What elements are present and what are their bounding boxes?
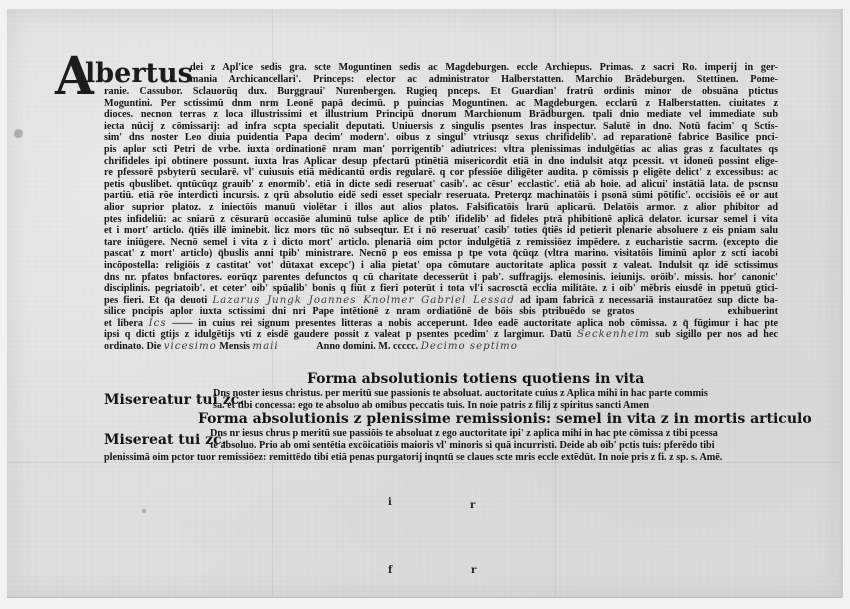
body-line: chrifideles ipi obtinere possunt. iuxta …	[104, 156, 778, 168]
body-line-with-handwriting: ordinato. Die vicesimo Mensis maii Anno …	[104, 341, 778, 353]
body-line: et i mort' articlo. q̄tiēs illē iminebit…	[104, 225, 778, 237]
seal-hole-mark: f	[388, 565, 392, 576]
form-line: Dns nr iesus chrus p meritū sue passiōis…	[210, 428, 718, 440]
seal-hole-mark: r	[471, 565, 476, 576]
handwritten-recipient: Ics	[149, 318, 167, 329]
header-line: mania Archicancellari'. Princeps: electo…	[190, 74, 778, 86]
body-line: alior suprior platoz. z iniectōis manuū …	[104, 202, 778, 214]
body-line-with-handwriting: ipsi q dicti gtijs z idulgētijs vti z ei…	[104, 329, 778, 341]
form-line: Dns noster iesus christus. per meritū su…	[213, 388, 708, 400]
form-heading: Forma absolutionis z plenissime remissio…	[198, 411, 812, 427]
stain-mark	[14, 129, 23, 138]
form-line: plenissimā oim pctor tuor remissiōez: re…	[104, 452, 722, 464]
body-line: ranie. Cassubor. Sclauorūq dux. Burggrau…	[104, 86, 778, 98]
body-line: dioces. necnon terras z loca illustrissi…	[104, 109, 778, 121]
header-lines: dei z Apl'ice sedis gra. scte Moguntinen…	[190, 62, 778, 86]
header-line: dei z Apl'ice sedis gra. scte Moguntinen…	[190, 62, 778, 74]
body-line: pis aplor scti Petri de vrbe. iuxta ordi…	[104, 144, 778, 156]
body-line-with-handwriting: pes fieri. Et q̄a deuoti [manuscript] ad…	[104, 295, 778, 307]
body-line: ptes infideliū: ac sniarū z cēsurarū occ…	[104, 214, 778, 226]
body-line: iecta nūcij z cōmissarij: ad infra scpta…	[104, 121, 778, 133]
handwritten-month: maii	[252, 341, 278, 352]
body-line: partiū. etiā rōe interdicti incursis. z …	[104, 190, 778, 202]
body-line-with-handwriting: et libera Ics —— in cuius rei signum pre…	[104, 318, 778, 330]
body-line: sim' dns noster Leo diuia puidentia Papa…	[104, 132, 778, 144]
form-line: sa. et tibi concessa: ego te absoluo ab …	[213, 400, 649, 412]
opening-word: lbertus	[85, 60, 193, 87]
body-line: dns nr. pfatos bnfactores. eorūqz parent…	[104, 272, 778, 284]
seal-hole-mark: r	[470, 500, 475, 511]
handwritten-day: vicesimo	[164, 341, 217, 352]
handwritten-year: Decimo septimo	[421, 341, 518, 352]
form-heading: Forma absolutionis totiens quotiens in v…	[307, 371, 644, 387]
body-line: disciplinis. pegriatoib'. et ceter' oib'…	[104, 283, 778, 295]
handwritten-place: Seckenheim	[577, 329, 650, 340]
body-line-with-handwriting: silice pncipis aplor iuxta sctissimi dni…	[104, 306, 778, 318]
handwritten-donor-names: Lazarus Jungk Joannes Knolmer Gabriel Le…	[212, 295, 515, 306]
body-line: tare iniūgere. Necnō semel i vita z i di…	[104, 237, 778, 249]
body-line: re pfessorē psbyterū secularē. vl' cuius…	[104, 167, 778, 179]
body-line: Moguntini. Per sctissimū dnm nrm Leonē p…	[104, 98, 778, 110]
body-line: incōpostella: religiōis z castitat' vot'…	[104, 260, 778, 272]
form-opening: Misereat tui zc.	[104, 432, 227, 448]
stain-mark	[142, 509, 146, 513]
form-line: te absoluo. Prio ab omi sentētia excōica…	[210, 440, 715, 452]
seal-hole-mark: i	[388, 497, 392, 508]
body-text: ranie. Cassubor. Sclauorūq dux. Burggrau…	[104, 86, 778, 353]
body-line: petis qbuslibet. qntūcūqz grauib' z enor…	[104, 179, 778, 191]
body-line: pascat' z mort' articlo) q̄buslis anni t…	[104, 248, 778, 260]
